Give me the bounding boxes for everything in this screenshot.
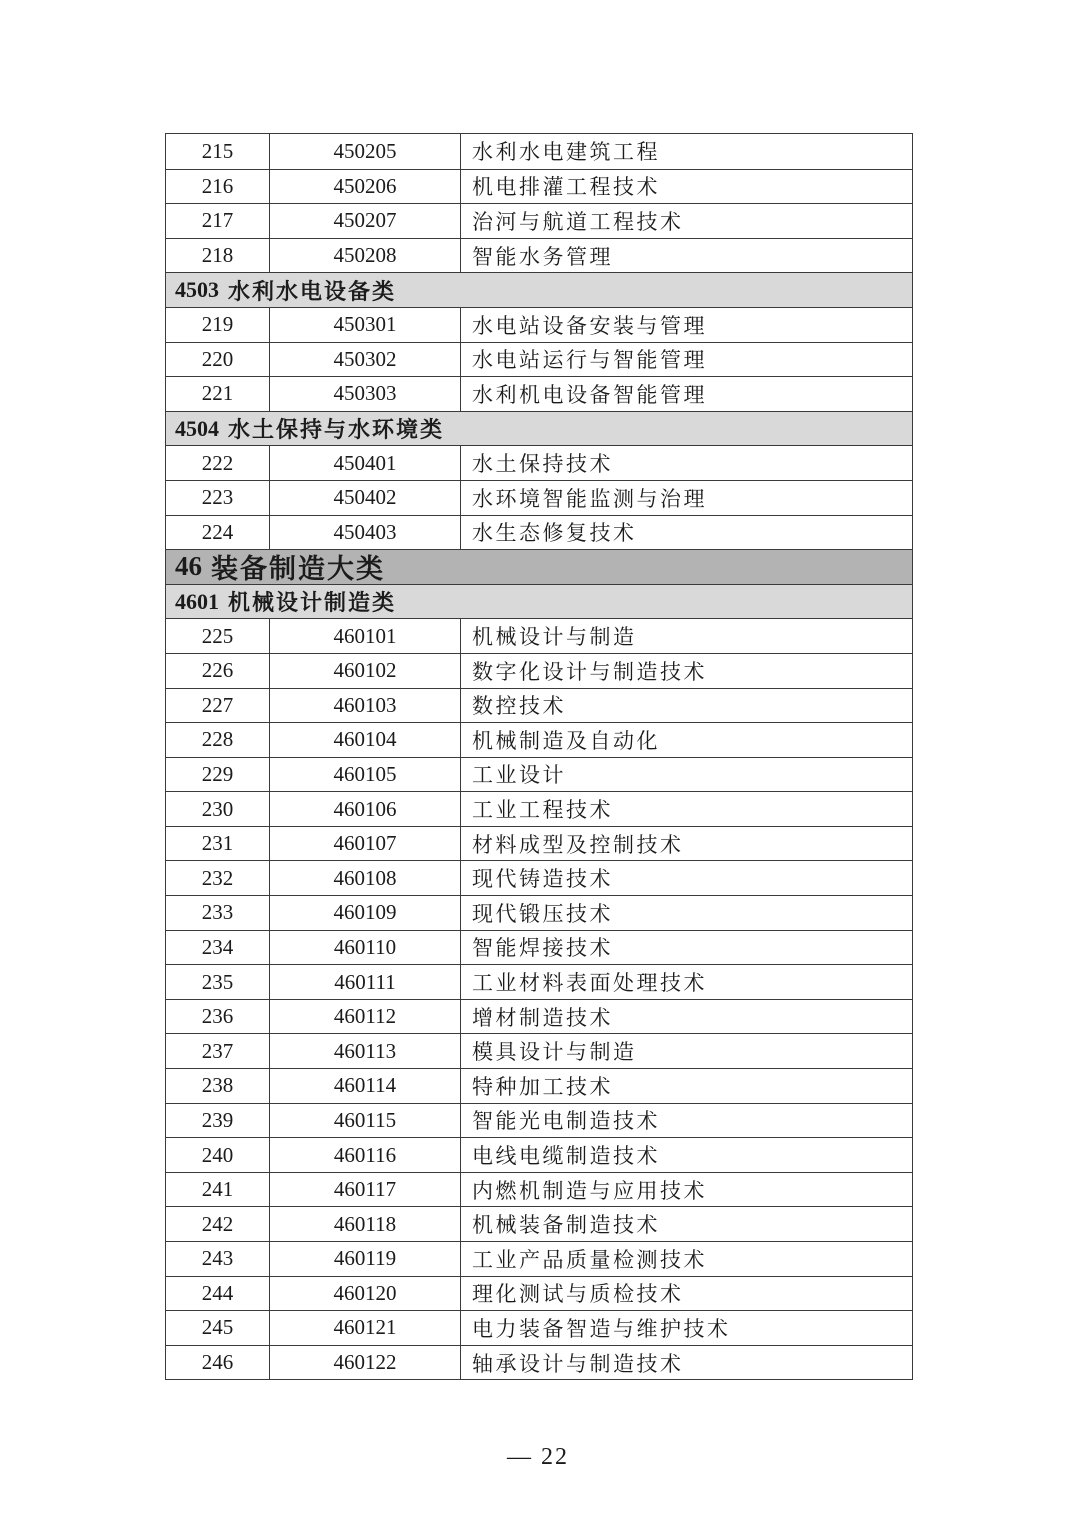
major-name-cell: 水环境智能监测与治理 xyxy=(461,481,912,515)
table-row: 238460114特种加工技术 xyxy=(166,1068,912,1103)
major-code-cell: 460113 xyxy=(269,1034,461,1068)
major-name-cell: 机械制造及自动化 xyxy=(461,723,912,757)
table-row: 226460102数字化设计与制造技术 xyxy=(166,653,912,688)
major-name-cell: 水利水电建筑工程 xyxy=(461,134,912,169)
major-name-cell: 工业材料表面处理技术 xyxy=(461,965,912,999)
seq-cell: 215 xyxy=(166,134,269,169)
section-header-4503: 4503水利水电设备类 xyxy=(166,272,912,307)
major-code-cell: 460117 xyxy=(269,1173,461,1207)
major-code-cell: 460118 xyxy=(269,1207,461,1241)
section-label: 水利水电设备类 xyxy=(228,275,396,306)
major-code-cell: 460115 xyxy=(269,1104,461,1138)
table-row: 227460103数控技术 xyxy=(166,688,912,723)
table-row: 223450402水环境智能监测与治理 xyxy=(166,480,912,515)
section-code: 4503 xyxy=(175,277,219,303)
major-name-cell: 轴承设计与制造技术 xyxy=(461,1346,912,1380)
seq-cell: 232 xyxy=(166,861,269,895)
major-code-cell: 460107 xyxy=(269,827,461,861)
major-name-cell: 水生态修复技术 xyxy=(461,516,912,550)
seq-cell: 221 xyxy=(166,377,269,411)
table-row: 219450301水电站设备安装与管理 xyxy=(166,307,912,342)
page-number: — 22 xyxy=(165,1444,911,1471)
major-code-cell: 460105 xyxy=(269,758,461,792)
table-row: 228460104机械制造及自动化 xyxy=(166,722,912,757)
major-name-cell: 工业工程技术 xyxy=(461,792,912,826)
table-row: 225460101机械设计与制造 xyxy=(166,618,912,653)
major-code-cell: 460120 xyxy=(269,1277,461,1311)
table-row: 240460116电线电缆制造技术 xyxy=(166,1137,912,1172)
seq-cell: 241 xyxy=(166,1173,269,1207)
major-name-cell: 增材制造技术 xyxy=(461,1000,912,1034)
major-name-cell: 机械装备制造技术 xyxy=(461,1207,912,1241)
major-name-cell: 数字化设计与制造技术 xyxy=(461,654,912,688)
seq-cell: 220 xyxy=(166,343,269,377)
seq-cell: 240 xyxy=(166,1138,269,1172)
seq-cell: 219 xyxy=(166,308,269,342)
section-label: 机械设计制造类 xyxy=(228,586,396,617)
major-name-cell: 机械设计与制造 xyxy=(461,619,912,653)
section-header-4601: 4601机械设计制造类 xyxy=(166,584,912,619)
major-code-cell: 460101 xyxy=(269,619,461,653)
major-code-cell: 460114 xyxy=(269,1069,461,1103)
major-name-cell: 智能水务管理 xyxy=(461,239,912,273)
major-name-cell: 模具设计与制造 xyxy=(461,1034,912,1068)
major-name-cell: 工业设计 xyxy=(461,758,912,792)
seq-cell: 238 xyxy=(166,1069,269,1103)
table-row: 232460108现代铸造技术 xyxy=(166,860,912,895)
table-row: 217450207治河与航道工程技术 xyxy=(166,203,912,238)
table-row: 230460106工业工程技术 xyxy=(166,791,912,826)
major-name-cell: 智能焊接技术 xyxy=(461,931,912,965)
seq-cell: 233 xyxy=(166,896,269,930)
table-row: 237460113模具设计与制造 xyxy=(166,1033,912,1068)
major-name-cell: 工业产品质量检测技术 xyxy=(461,1242,912,1276)
seq-cell: 229 xyxy=(166,758,269,792)
table-row: 243460119工业产品质量检测技术 xyxy=(166,1241,912,1276)
seq-cell: 236 xyxy=(166,1000,269,1034)
section-code: 4601 xyxy=(175,589,219,615)
document-page: 215450205水利水电建筑工程216450206机电排灌工程技术217450… xyxy=(0,0,1080,1527)
table-row: 222450401水土保持技术 xyxy=(166,445,912,480)
seq-cell: 230 xyxy=(166,792,269,826)
major-name-cell: 现代锻压技术 xyxy=(461,896,912,930)
major-code-cell: 450401 xyxy=(269,446,461,480)
table-row: 231460107材料成型及控制技术 xyxy=(166,826,912,861)
seq-cell: 228 xyxy=(166,723,269,757)
major-name-cell: 水电站运行与智能管理 xyxy=(461,343,912,377)
major-code-cell: 460106 xyxy=(269,792,461,826)
section-code: 46 xyxy=(175,551,202,582)
seq-cell: 234 xyxy=(166,931,269,965)
major-code-cell: 460102 xyxy=(269,654,461,688)
major-name-cell: 电线电缆制造技术 xyxy=(461,1138,912,1172)
seq-cell: 216 xyxy=(166,170,269,204)
major-code-cell: 460116 xyxy=(269,1138,461,1172)
major-code-cell: 460121 xyxy=(269,1311,461,1345)
major-name-cell: 理化测试与质检技术 xyxy=(461,1277,912,1311)
major-code-cell: 450302 xyxy=(269,343,461,377)
table-row: 220450302水电站运行与智能管理 xyxy=(166,342,912,377)
seq-cell: 235 xyxy=(166,965,269,999)
section-label: 装备制造大类 xyxy=(211,547,385,586)
major-name-cell: 水利机电设备智能管理 xyxy=(461,377,912,411)
table-row: 234460110智能焊接技术 xyxy=(166,930,912,965)
seq-cell: 246 xyxy=(166,1346,269,1380)
major-code-cell: 460103 xyxy=(269,689,461,723)
seq-cell: 223 xyxy=(166,481,269,515)
major-code-cell: 450402 xyxy=(269,481,461,515)
major-name-cell: 电力装备智造与维护技术 xyxy=(461,1311,912,1345)
table-row: 233460109现代锻压技术 xyxy=(166,895,912,930)
seq-cell: 222 xyxy=(166,446,269,480)
major-code-cell: 460119 xyxy=(269,1242,461,1276)
major-code-cell: 450208 xyxy=(269,239,461,273)
major-name-cell: 智能光电制造技术 xyxy=(461,1104,912,1138)
majors-code-table: 215450205水利水电建筑工程216450206机电排灌工程技术217450… xyxy=(165,133,913,1380)
table-row: 224450403水生态修复技术 xyxy=(166,515,912,550)
section-code: 4504 xyxy=(175,416,219,442)
table-row: 241460117内燃机制造与应用技术 xyxy=(166,1172,912,1207)
major-code-cell: 450303 xyxy=(269,377,461,411)
major-code-cell: 460104 xyxy=(269,723,461,757)
major-name-cell: 治河与航道工程技术 xyxy=(461,204,912,238)
major-name-cell: 特种加工技术 xyxy=(461,1069,912,1103)
major-name-cell: 水电站设备安装与管理 xyxy=(461,308,912,342)
seq-cell: 226 xyxy=(166,654,269,688)
seq-cell: 227 xyxy=(166,689,269,723)
table-row: 229460105工业设计 xyxy=(166,757,912,792)
seq-cell: 243 xyxy=(166,1242,269,1276)
major-code-cell: 450206 xyxy=(269,170,461,204)
section-header-4504: 4504水土保持与水环境类 xyxy=(166,411,912,446)
major-name-cell: 现代铸造技术 xyxy=(461,861,912,895)
table-row: 246460122轴承设计与制造技术 xyxy=(166,1345,912,1380)
table-row: 245460121电力装备智造与维护技术 xyxy=(166,1310,912,1345)
major-name-cell: 材料成型及控制技术 xyxy=(461,827,912,861)
table-row: 218450208智能水务管理 xyxy=(166,238,912,273)
major-code-cell: 450301 xyxy=(269,308,461,342)
major-code-cell: 450403 xyxy=(269,516,461,550)
major-code-cell: 460122 xyxy=(269,1346,461,1380)
table-row: 215450205水利水电建筑工程 xyxy=(166,134,912,169)
major-code-cell: 450207 xyxy=(269,204,461,238)
major-code-cell: 460112 xyxy=(269,1000,461,1034)
seq-cell: 217 xyxy=(166,204,269,238)
major-code-cell: 460111 xyxy=(269,965,461,999)
major-code-cell: 450205 xyxy=(269,134,461,169)
table-row: 221450303水利机电设备智能管理 xyxy=(166,376,912,411)
major-code-cell: 460110 xyxy=(269,931,461,965)
seq-cell: 218 xyxy=(166,239,269,273)
seq-cell: 224 xyxy=(166,516,269,550)
table-row: 239460115智能光电制造技术 xyxy=(166,1103,912,1138)
seq-cell: 239 xyxy=(166,1104,269,1138)
seq-cell: 225 xyxy=(166,619,269,653)
major-name-cell: 水土保持技术 xyxy=(461,446,912,480)
seq-cell: 245 xyxy=(166,1311,269,1345)
section-header-46: 46装备制造大类 xyxy=(166,549,912,584)
major-name-cell: 内燃机制造与应用技术 xyxy=(461,1173,912,1207)
seq-cell: 237 xyxy=(166,1034,269,1068)
table-row: 216450206机电排灌工程技术 xyxy=(166,169,912,204)
table-row: 242460118机械装备制造技术 xyxy=(166,1206,912,1241)
major-name-cell: 机电排灌工程技术 xyxy=(461,170,912,204)
seq-cell: 244 xyxy=(166,1277,269,1311)
major-name-cell: 数控技术 xyxy=(461,689,912,723)
major-code-cell: 460109 xyxy=(269,896,461,930)
major-code-cell: 460108 xyxy=(269,861,461,895)
table-row: 235460111工业材料表面处理技术 xyxy=(166,964,912,999)
table-row: 244460120理化测试与质检技术 xyxy=(166,1276,912,1311)
seq-cell: 242 xyxy=(166,1207,269,1241)
table-row: 236460112增材制造技术 xyxy=(166,999,912,1034)
section-label: 水土保持与水环境类 xyxy=(228,413,444,444)
seq-cell: 231 xyxy=(166,827,269,861)
